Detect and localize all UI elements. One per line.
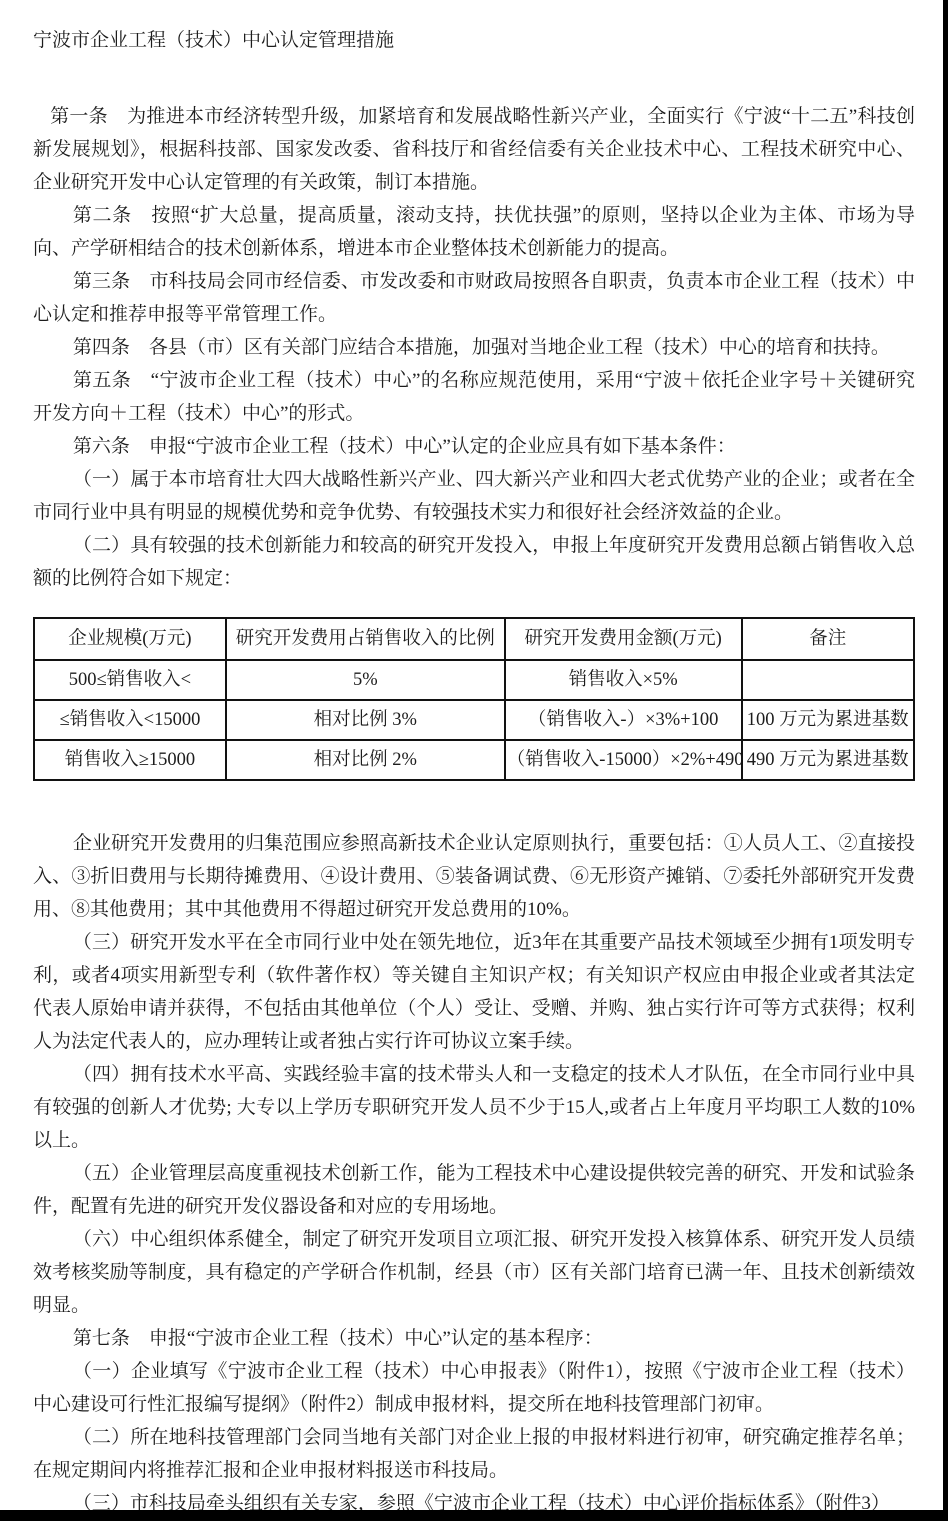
cell-remark — [742, 660, 915, 700]
header-remarks: 备注 — [742, 618, 915, 660]
document-title: 宁波市企业工程（技术）中心认定管理措施 — [33, 26, 915, 56]
cell-scale: ≤销售收入<15000 — [34, 700, 226, 740]
article-5: 第五条 “宁波市企业工程（技术）中心”的名称应规范使用，采用“宁波＋依托企业字号… — [33, 364, 915, 430]
cell-ratio: 相对比例 2% — [226, 740, 505, 780]
header-enterprise-scale: 企业规模(万元) — [34, 618, 226, 660]
cell-amount: （销售收入-）×3%+100 — [505, 700, 742, 740]
scan-edge-bottom — [0, 1510, 948, 1521]
article-6: 第六条 申报“宁波市企业工程（技术）中心”认定的企业应具有如下基本条件： — [33, 430, 915, 463]
scan-edge-right — [943, 0, 948, 1521]
article-2: 第二条 按照“扩大总量，提高质量，滚动支持，扶优扶强”的原则，坚持以企业为主体、… — [33, 199, 915, 265]
cell-ratio: 5% — [226, 660, 505, 700]
cell-ratio: 相对比例 3% — [226, 700, 505, 740]
article-7: 第七条 申报“宁波市企业工程（技术）中心”认定的基本程序： — [33, 1322, 915, 1355]
header-rd-expense-ratio: 研究开发费用占销售收入的比例 — [226, 618, 505, 660]
header-rd-expense-amount: 研究开发费用金额(万元) — [505, 618, 742, 660]
article-6-item-3: （三）研究开发水平在全市同行业中处在领先地位，近3年在其重要产品技术领域至少拥有… — [33, 926, 915, 1058]
document-page: 宁波市企业工程（技术）中心认定管理措施 第一条 为推进本市经济转型升级，加紧培育… — [0, 0, 948, 1521]
rd-expense-scope-note: 企业研究开发费用的归集范围应参照高新技术企业认定原则执行，重要包括：①人员人工、… — [33, 827, 915, 926]
document-content: 宁波市企业工程（技术）中心认定管理措施 第一条 为推进本市经济转型升级，加紧培育… — [0, 0, 948, 1520]
article-7-item-2: （二）所在地科技管理部门会同当地有关部门对企业上报的申报材料进行初审，研究确定推… — [33, 1421, 915, 1487]
article-4: 第四条 各县（市）区有关部门应结合本措施，加强对当地企业工程（技术）中心的培育和… — [33, 331, 915, 364]
article-6-item-6: （六）中心组织体系健全，制定了研究开发项目立项汇报、研究开发投入核算体系、研究开… — [33, 1223, 915, 1322]
cell-remark: 100 万元为累进基数 — [742, 700, 915, 740]
cell-remark: 490 万元为累进基数 — [742, 740, 915, 780]
table-header-row: 企业规模(万元) 研究开发费用占销售收入的比例 研究开发费用金额(万元) 备注 — [34, 618, 914, 660]
article-3: 第三条 市科技局会同市经信委、市发改委和市财政局按照各自职责，负责本市企业工程（… — [33, 265, 915, 331]
article-1: 第一条 为推进本市经济转型升级，加紧培育和发展战略性新兴产业，全面实行《宁波“十… — [33, 100, 915, 199]
table-row: ≤销售收入<15000 相对比例 3% （销售收入-）×3%+100 100 万… — [34, 700, 914, 740]
table-row: 500≤销售收入< 5% 销售收入×5% — [34, 660, 914, 700]
article-7-item-1: （一）企业填写《宁波市企业工程（技术）中心申报表》（附件1），按照《宁波市企业工… — [33, 1355, 915, 1421]
article-6-item-1: （一）属于本市培育壮大四大战略性新兴产业、四大新兴产业和四大老式优势产业的企业；… — [33, 463, 915, 529]
cell-scale: 销售收入≥15000 — [34, 740, 226, 780]
table-row: 销售收入≥15000 相对比例 2% （销售收入-15000）×2%+490 4… — [34, 740, 914, 780]
article-6-item-5: （五）企业管理层高度重视技术创新工作，能为工程技术中心建设提供较完善的研究、开发… — [33, 1157, 915, 1223]
article-6-item-4: （四）拥有技术水平高、实践经验丰富的技术带头人和一支稳定的技术人才队伍，在全市同… — [33, 1058, 915, 1157]
rd-expense-ratio-table: 企业规模(万元) 研究开发费用占销售收入的比例 研究开发费用金额(万元) 备注 … — [33, 617, 915, 781]
cell-scale: 500≤销售收入< — [34, 660, 226, 700]
cell-amount: 销售收入×5% — [505, 660, 742, 700]
article-6-item-2: （二）具有较强的技术创新能力和较高的研究开发投入，申报上年度研究开发费用总额占销… — [33, 529, 915, 595]
cell-amount: （销售收入-15000）×2%+490 — [505, 740, 742, 780]
